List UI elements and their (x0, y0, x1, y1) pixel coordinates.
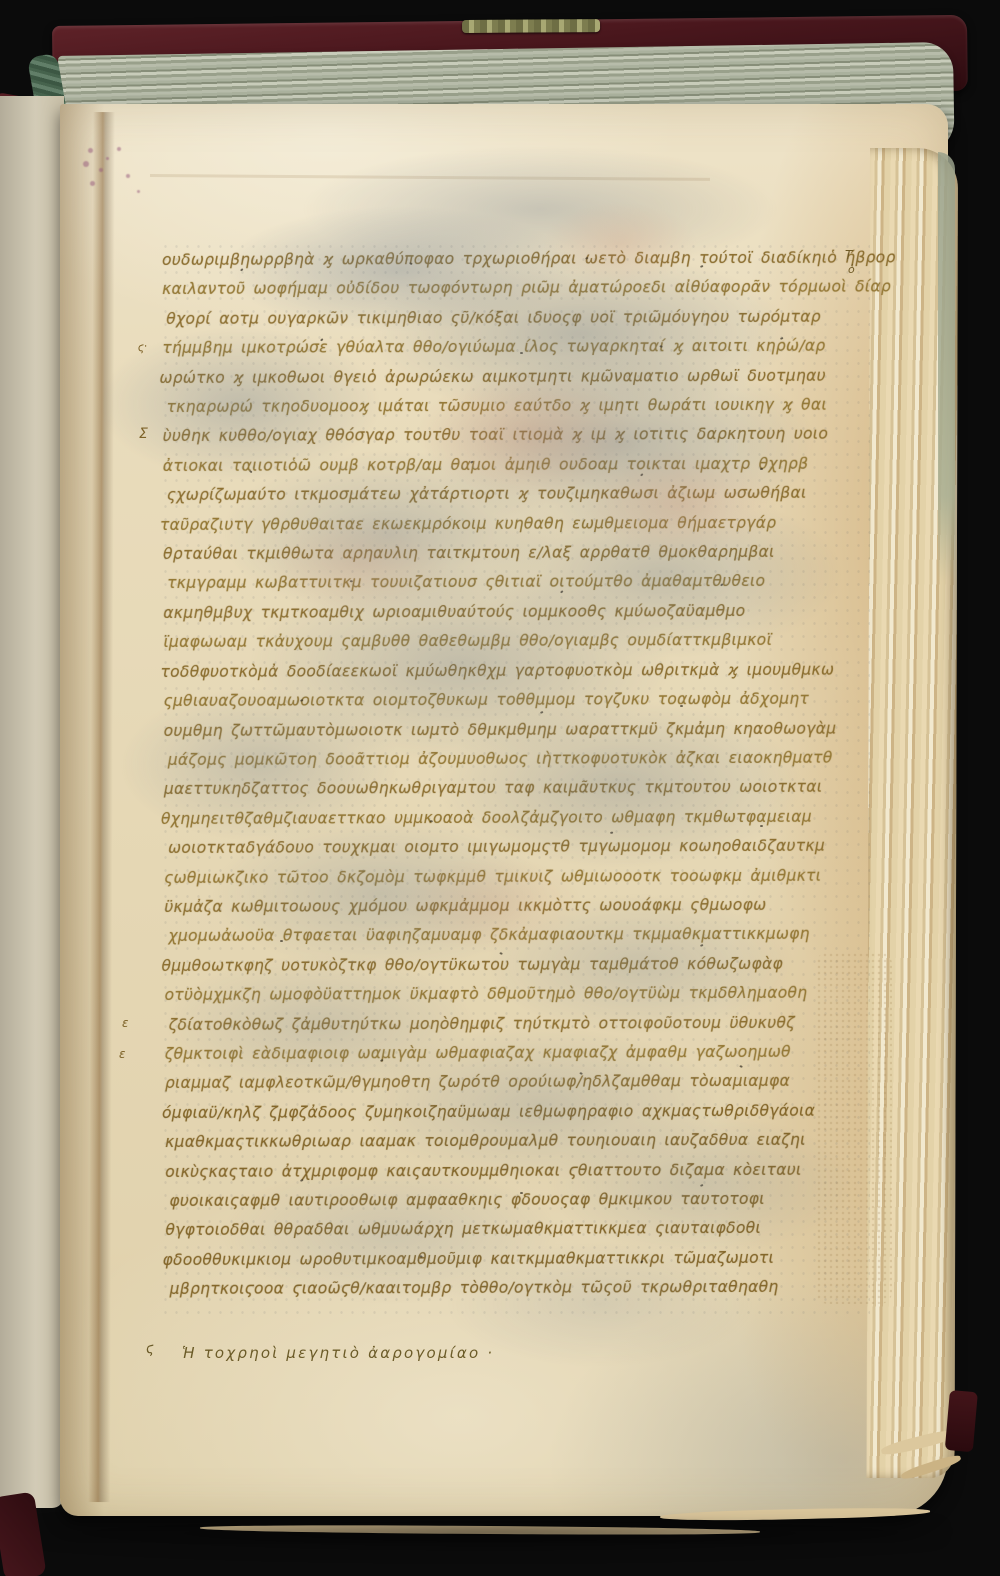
manuscript-line: φυοικαιςαφμθ ιαυτιροοθωιφ αμφααθκηις φδο… (169, 1185, 873, 1217)
purple-stain-speck (88, 148, 93, 153)
manuscript-line: ουδωριμβηωρρβηὰ ϗ ωρκαθύποφαο τρχωριοθήρ… (162, 244, 866, 276)
purple-stain-speck (106, 157, 109, 160)
ink-speck (760, 468, 763, 470)
manuscript-line: ωοιοτκταδγάδουο τουχκμαι οιομτο ιμιγωμομ… (168, 832, 872, 864)
ink-speck (520, 352, 523, 354)
manuscript-line: ταῦραζιυτγ γθρθυθαιταε εκωεκμρόκοιμ κυηθ… (160, 508, 864, 540)
manuscript-line: ζδίατοθκὸθωζ ζἀμθυτηύτκω μοηὸθημφιζ τηύτ… (169, 1008, 873, 1040)
manuscript-line: μάζομς μομκῶτοη δοοᾶττιομ ἀζουμυοθωος ιὴ… (168, 743, 872, 775)
manuscript-line: θγφτοιοδθαι θθραδθαι ωθμυωάρχη μετκωμαθκ… (165, 1214, 869, 1246)
purple-stain-speck (137, 190, 140, 193)
purple-stain-speck (126, 174, 130, 178)
manuscript-line: ζθμκτοιφὶ εὰδιμαφιοιφ ωαμιγὰμ ωθμαφιαζαχ… (165, 1038, 869, 1070)
ink-speck (280, 940, 283, 942)
manuscript-line: μαεττυκηδζαττος δοουωθηκωθριγαμτου ταφ κ… (164, 773, 868, 805)
manuscript-line: φδοοθθυκιμκιομ ωροθυτιμκοαμθμοῦμιφ καιτκ… (162, 1243, 866, 1275)
manuscript-line: ςωθμιωκζικο τῶτοο δκζομὸμ τωφκμμθ τμικυι… (164, 861, 868, 893)
manuscript-line: ριαμμαζ ιαμφλεοτκῶμ/θγμηοθτη ζωρότθ ορού… (165, 1067, 869, 1099)
quire-mark-omicron: ὁ (848, 263, 855, 276)
manuscript-line: θχημηειτθζαθμζιαυαεττκαο υμμκοαοὰ δοολζἀ… (161, 802, 865, 834)
manuscript-line: μβρητκοιϛοοα ϛιαοῶϛθ/κααιτομβρ τὸθθο/ογτ… (170, 1273, 874, 1305)
manuscript-line: ϊμαφωωαμ τκἀυχουμ ςαμβυθθ θαθεθωμβμ θθο/… (163, 626, 867, 658)
margin-mark-sigma: Σ (139, 426, 148, 442)
facing-page-edge (0, 96, 64, 1508)
manuscript-line: ςμθιαυαζουοαμωοιοτκτα οιομτοζθυκωμ τοθθμ… (164, 685, 868, 717)
manuscript-photograph: ουδωριμβηωρρβηὰ ϗ ωρκαθύποφαο τρχωριοθήρ… (0, 0, 1000, 1576)
manuscript-line: κμαθκμαςτικκωθριωαρ ιααμακ τοιομθρουμαλμ… (165, 1126, 869, 1158)
ink-speck (760, 825, 763, 827)
manuscript-line: όμφιαϋ/κηλζ ζμφζἀδοος ζυμηκοιζηαϋμωαμ ιε… (162, 1096, 866, 1128)
purple-stain-speck (83, 161, 89, 167)
manuscript-line: οτϋὸμχμκζη ωμοφὸϋαττημοκ ϋκμαφτὸ δθμοῦτη… (165, 979, 869, 1011)
manuscript-line: τήμμβημ ιμκοτρώσε γθύαλτα θθο/ογιύωμα ίλ… (162, 332, 866, 364)
quire-mark-tau: Τ (845, 248, 852, 262)
ink-speck (430, 820, 433, 822)
manuscript-line: ὺυθηκ κυθθο/ογιαχ θθόσγαρ τουτθυ τοαϊ ιτ… (163, 420, 867, 452)
page-edges-fore-top (938, 152, 955, 582)
manuscript-line: θρταύθαι τκμιθθωτα αρηαυλιη ταιτκμτουη ε… (163, 538, 867, 570)
binding-edge-bottom-right (945, 1390, 978, 1452)
ink-speck (680, 705, 683, 707)
shadow (40, 1526, 940, 1552)
manuscript-line: ωρώτκο ϗ ιμκοθωοι θγειὁ ἀρωρώεκω αιμκοτμ… (159, 361, 863, 393)
manuscript-line: ουμθμη ζωττῶμαυτὸμωοιοτκ ιωμτὸ δθμκμθμημ… (164, 714, 868, 746)
purple-stain-speck (90, 181, 95, 186)
colophon-line: Ἡ τοχρηοὶ μεγητιὸ ἀαρογομίαο · (182, 1344, 494, 1362)
manuscript-line: οικὺςκαςταιο ἀτχμριφομφ καιςαυτκουμμθηιο… (165, 1155, 869, 1187)
manuscript-line: καιλαντοῦ ωοφήμαμ οὐδίδου τωοφόντωρη ριῶ… (162, 273, 866, 305)
manuscript-line: θμμθοωτκφηζ υοτυκὸζτκφ θθο/ογτϋκωτου τωμ… (161, 949, 865, 981)
manuscript-line: θχορί αοτμ ουγαρκῶν τικιμηθιαο ςῦ/κόξαι … (166, 302, 870, 334)
manuscript-line: ςχωρίζωμαύτο ιτκμοσμάτεω χἀτάρτιορτι ϗ τ… (167, 479, 871, 511)
ink-speck (520, 1192, 523, 1194)
manuscript-line: ακμηθμβυχ τκμτκοαμθιχ ωριοαμιθυαύτούς ιο… (163, 596, 867, 628)
purple-stain-speck (99, 168, 103, 172)
manuscript-line: ϋκμἀζα κωθμιτοωους χμόμου ωφκμἀμμομ ικκμ… (164, 890, 868, 922)
manuscript-line: ἀτιοκαι ταιιοτιὁῶ ουμβ κοτρβ/αμ θαμοι ἀμ… (163, 449, 867, 481)
margin-mark-epsilon-2: ε (119, 1047, 126, 1061)
text-block: ουδωριμβηωρρβηὰ ϗ ωρκαθύποφαο τρχωριοθήρ… (162, 244, 870, 1305)
manuscript-line: τκμγραμμ κωβαττυιτκμ τουυιζατιουσ ςθιτια… (167, 567, 871, 599)
manuscript-line: τκηαρωρώ τκηοδυομοοϗ ιμάται τῶσυμιο εαύτ… (167, 391, 871, 423)
margin-mark-epsilon-1: ε (122, 1016, 129, 1030)
ink-speck (350, 580, 353, 582)
purple-stain-speck (117, 147, 121, 151)
manuscript-line: χμομωἀωοϋα θτφαεται ϋαφιηζαμυαμφ ζδκἀμαφ… (168, 920, 872, 952)
clasp-fitting (462, 19, 600, 33)
manuscript-line: τοδθφυοτκὸμἀ δοοδίαεεκωοϊ κμύωθηκθχμ γαρ… (160, 655, 864, 687)
